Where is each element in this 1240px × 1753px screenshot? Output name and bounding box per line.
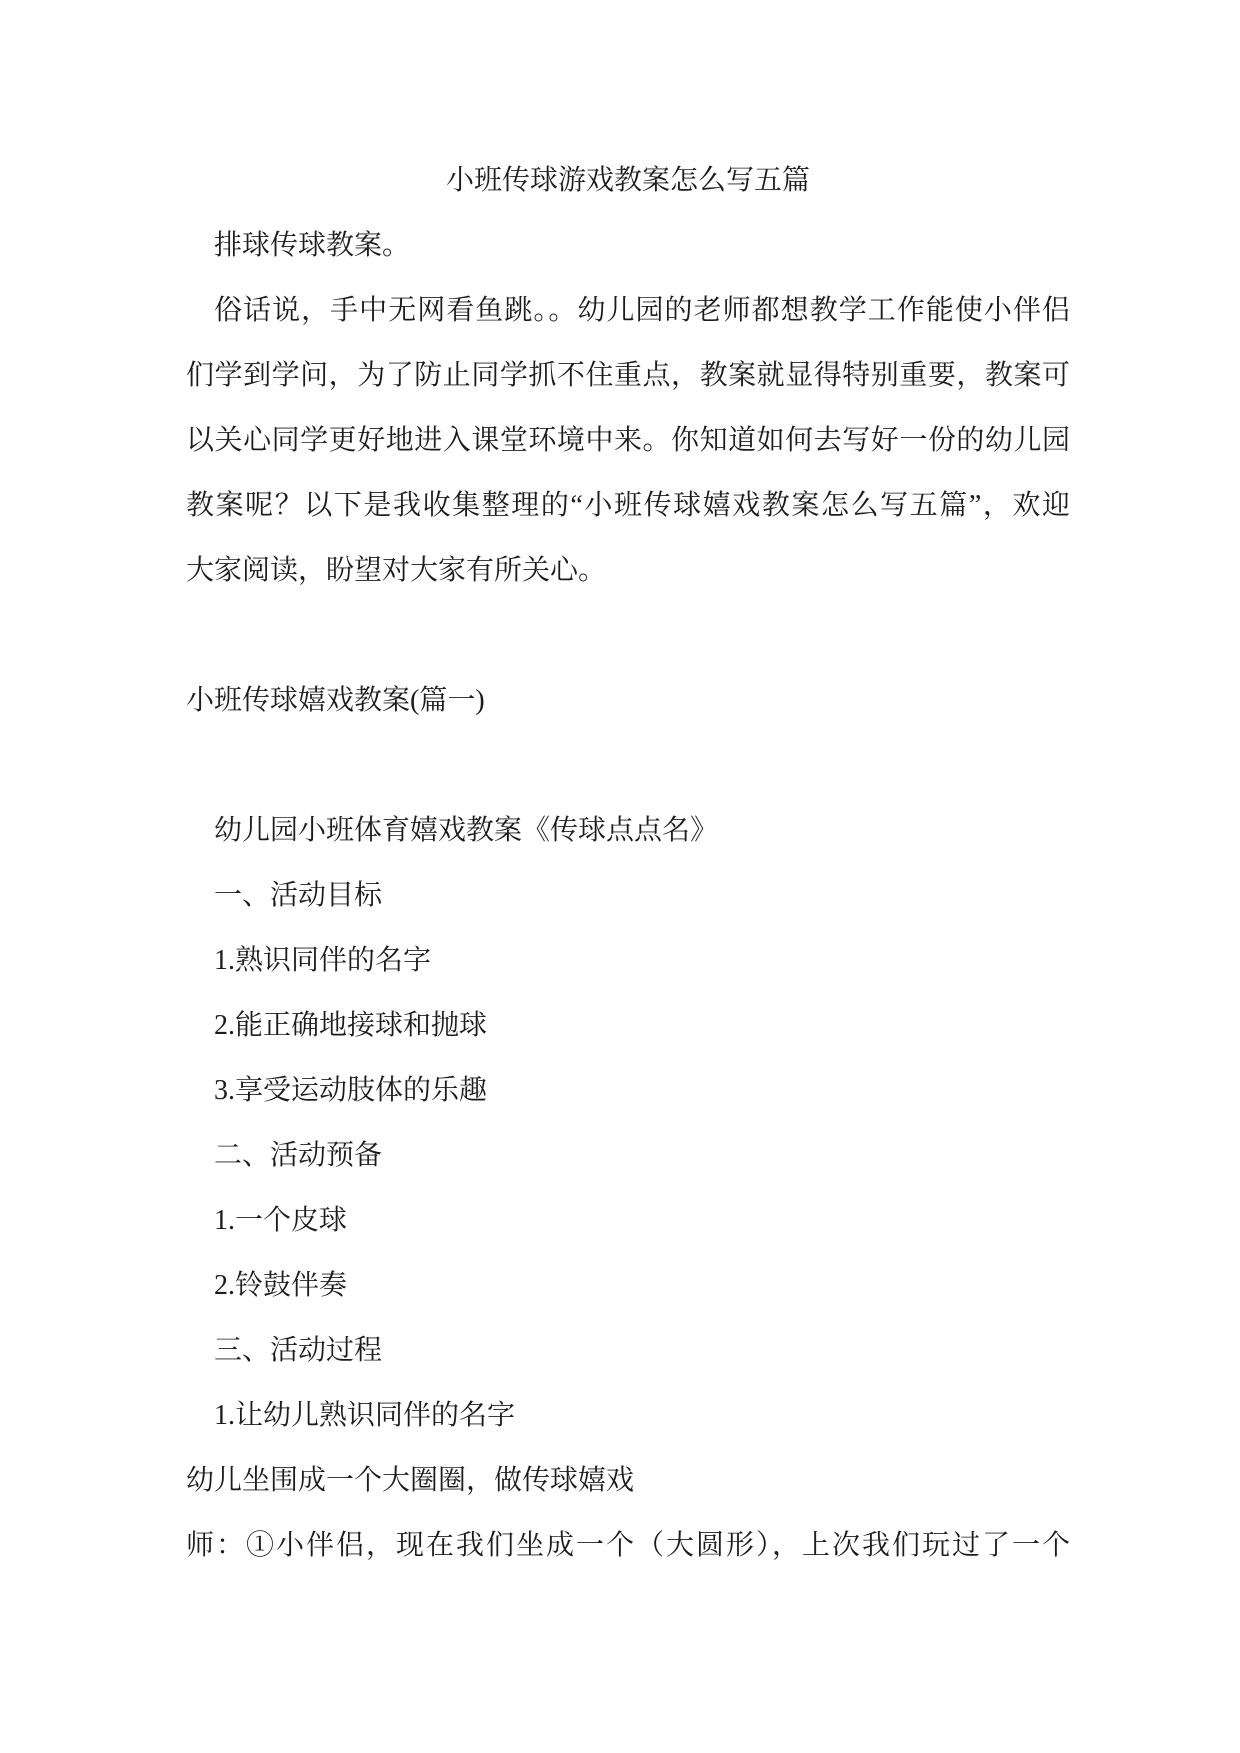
text-line: 1.让幼儿熟识同伴的名字 [186,1383,1070,1448]
text-line: 幼儿园小班体育嬉戏教案《传球点点名》 [186,798,1070,863]
text-line: 幼儿坐围成一个大圈圈，做传球嬉戏 [186,1448,1070,1513]
text-line: 二、活动预备 [186,1123,1070,1188]
text-line: 一、活动目标 [186,863,1070,928]
text-line: 三、活动过程 [186,1318,1070,1383]
text-line: 排球传球教案。 [186,213,1070,278]
text-line: 2.铃鼓伴奏 [186,1253,1070,1318]
text-line: 俗话说，手中无网看鱼跳。。幼儿园的老师都想教学工作能使小伴侣 [186,278,1070,343]
document-content: 小班传球游戏教案怎么写五篇 排球传球教案。俗话说，手中无网看鱼跳。。幼儿园的老师… [186,148,1070,1578]
document-title: 小班传球游戏教案怎么写五篇 [186,148,1070,213]
text-line: 1.熟识同伴的名字 [186,928,1070,993]
text-line: 大家阅读，盼望对大家有所关心。 [186,538,1070,603]
text-line: 们学到学问，为了防止同学抓不住重点，教案就显得特别重要，教案可 [186,343,1070,408]
text-line: 师：①小伴侣，现在我们坐成一个（大圆形），上次我们玩过了一个 [186,1513,1070,1578]
text-line: 以关心同学更好地进入课堂环境中来。你知道如何去写好一份的幼儿园 [186,408,1070,473]
text-line: 1.一个皮球 [186,1188,1070,1253]
document-body: 排球传球教案。俗话说，手中无网看鱼跳。。幼儿园的老师都想教学工作能使小伴侣们学到… [186,213,1070,1578]
text-line: 教案呢？以下是我收集整理的“小班传球嬉戏教案怎么写五篇”，欢迎 [186,473,1070,538]
text-line: 2.能正确地接球和抛球 [186,993,1070,1058]
text-line: 小班传球嬉戏教案(篇一) [186,668,1070,733]
text-line: 3.享受运动肢体的乐趣 [186,1058,1070,1123]
blank-line [186,603,1070,668]
document-page: 小班传球游戏教案怎么写五篇 排球传球教案。俗话说，手中无网看鱼跳。。幼儿园的老师… [0,0,1240,1753]
blank-line [186,733,1070,798]
